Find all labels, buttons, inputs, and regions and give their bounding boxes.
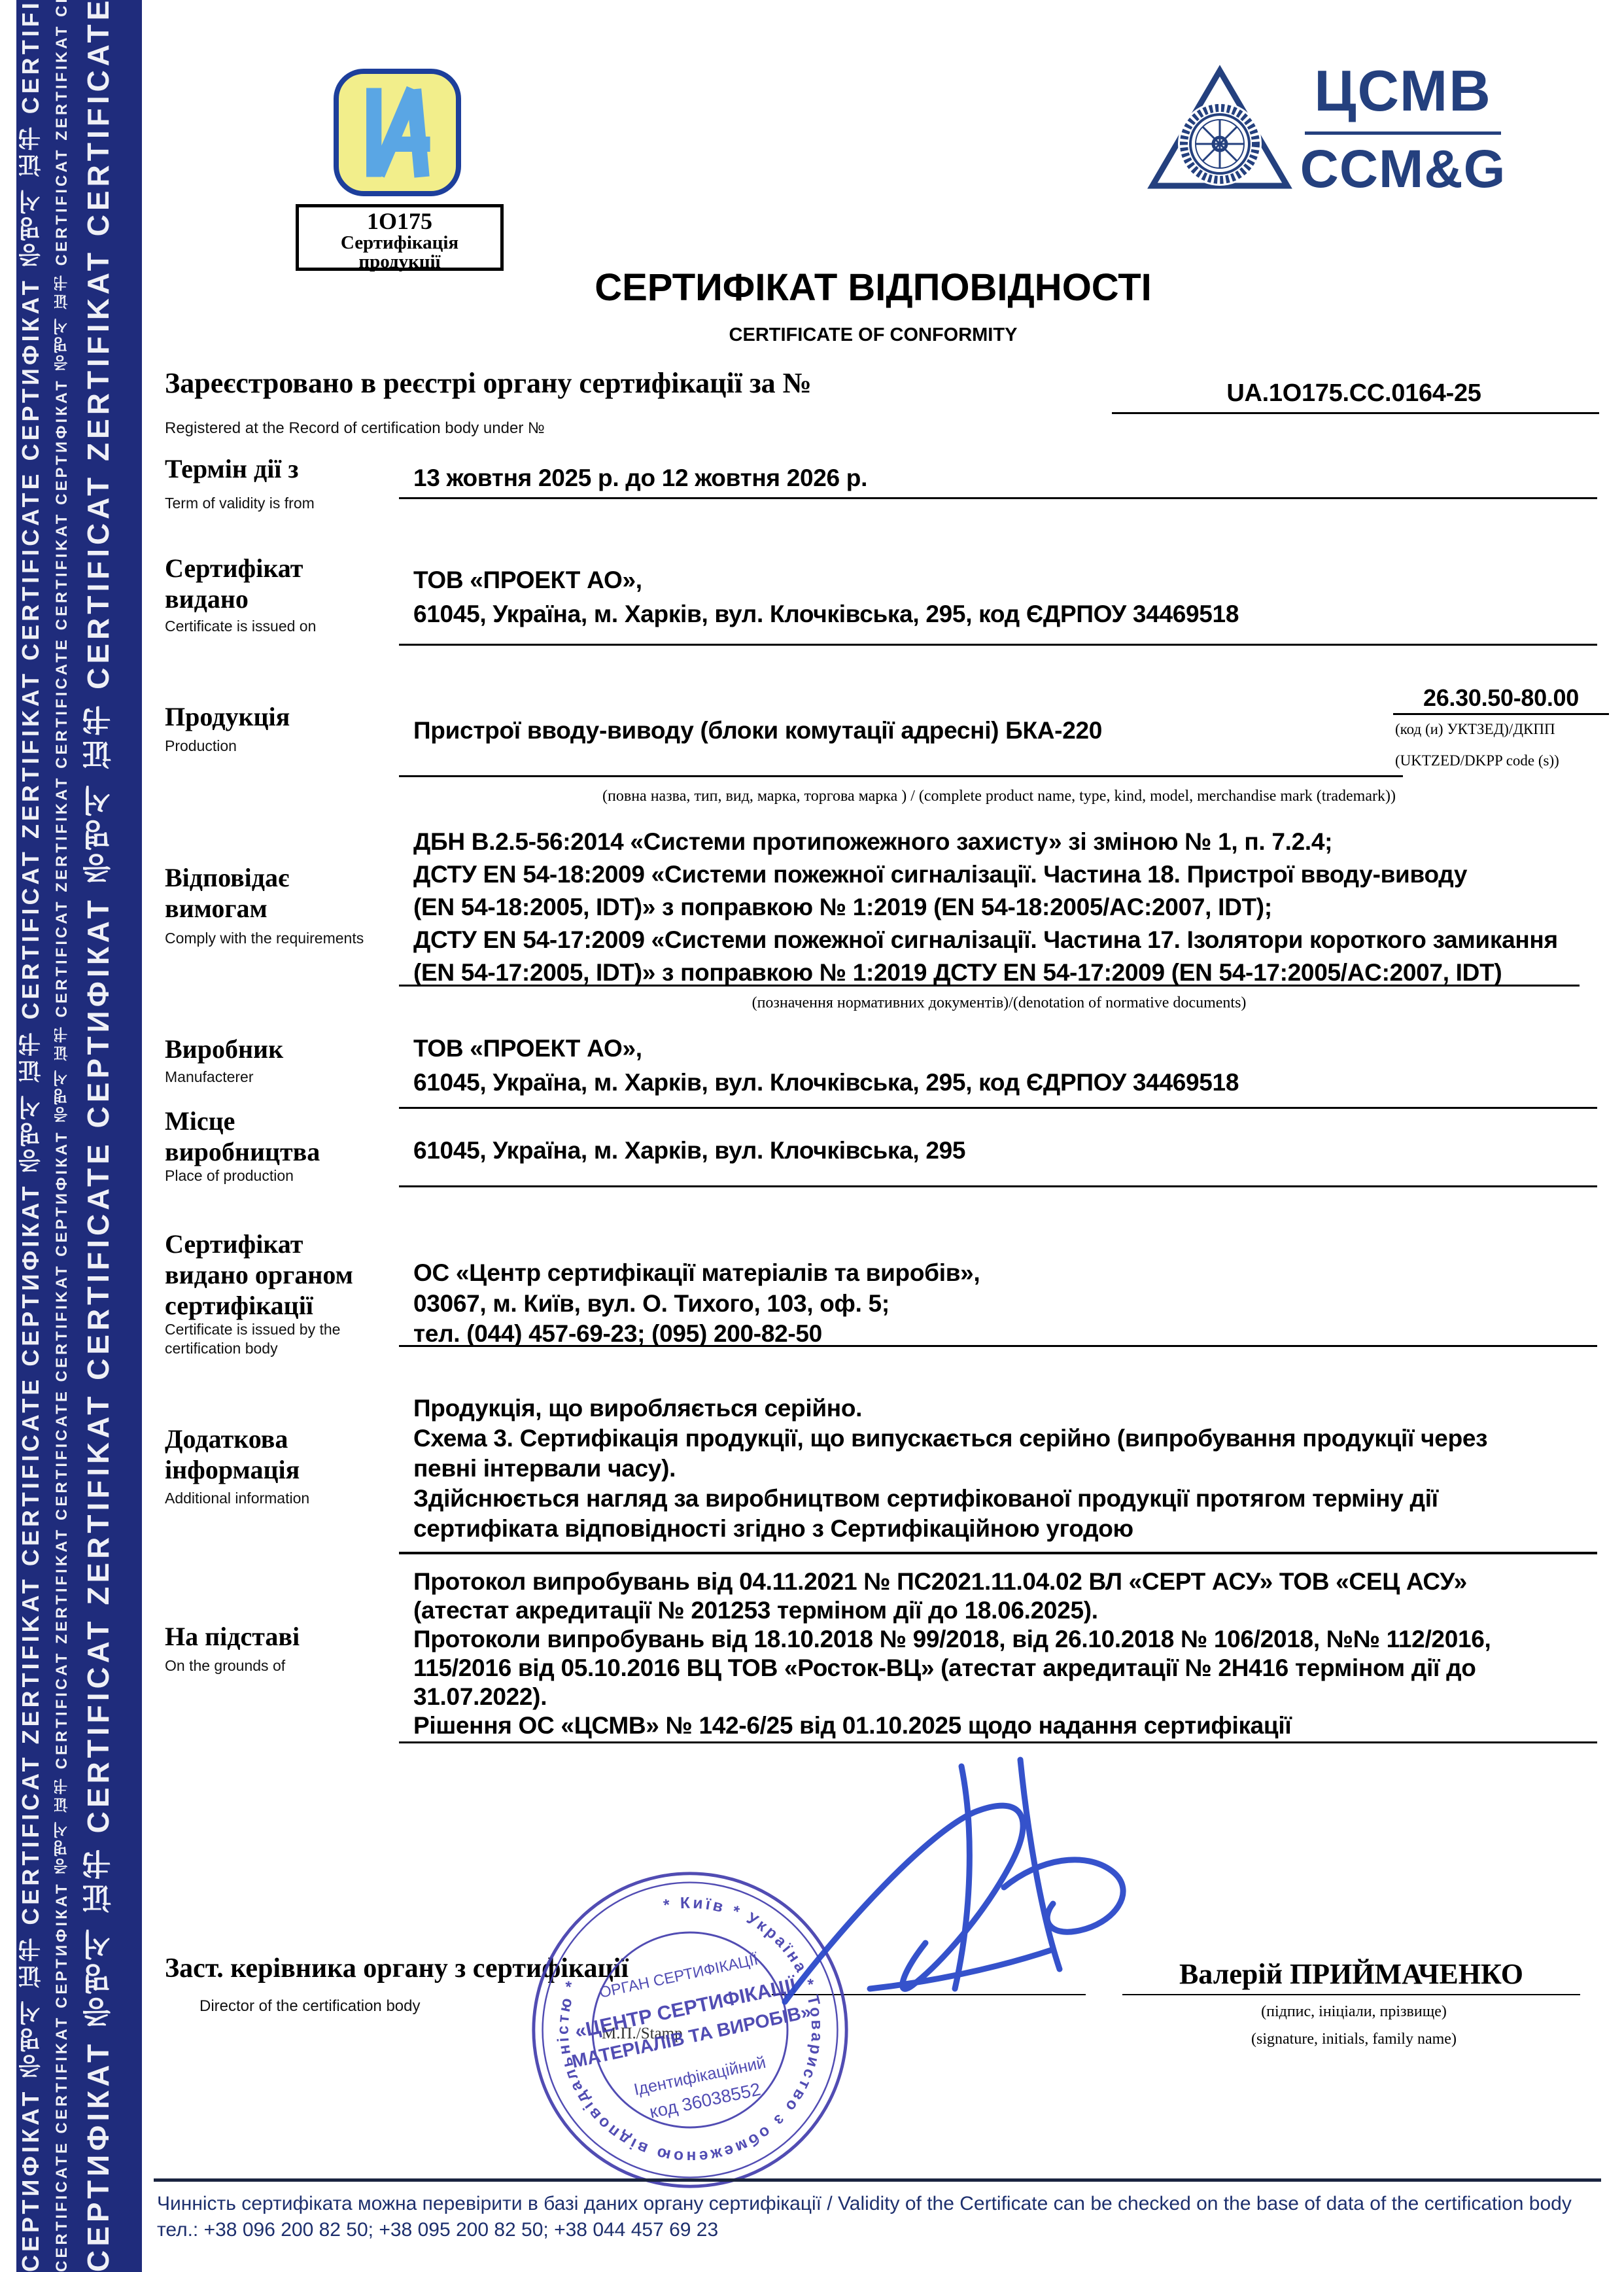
band-column-middle: CERTIFICATE CERTIFIKAT СЕРТИФІКАТ 증명서 证书… [54,0,78,2272]
additional-label-en: Additional information [165,1489,387,1508]
registration-rule [1112,412,1599,414]
manufacturer-rule [399,1107,1597,1109]
additional-line: сертифіката відповідності згідно з Серти… [413,1514,1597,1544]
requirements-rule [399,985,1580,987]
issued-on-label-uk: Сертифікат видано [165,553,361,614]
side-language-band: СЕРТИФІКАТ 증명서 证书 CERTIFICAT ZERTIFIKAT … [16,0,142,2272]
registration-label-uk: Зареєстровано в реєстрі органу сертифіка… [165,366,884,400]
ua-mark-code-box: 1O175 Сертифікація продукції [296,204,504,271]
certificate-page: СЕРТИФІКАТ 증명서 证书 CERTIFICAT ZERTIFIKAT … [0,0,1624,2272]
validity-rule [399,497,1597,499]
requirements-line: ДБН В.2.5-56:2014 «Системи протипожежног… [413,826,1597,858]
additional-label-uk: Додаткова інформація [165,1424,361,1485]
place-value: 61045, Україна, м. Харків, вул. Клочківс… [413,1137,965,1164]
registration-number: UA.1O175.CC.0164-25 [1112,379,1596,408]
csmb-logo-text-en: CCM&G [1295,139,1511,200]
footer-validity-text: Чинність сертифіката можна перевірити в … [157,2193,1615,2215]
cert-body-line: 03067, м. Київ, вул. О. Тихого, 103, оф.… [413,1290,890,1318]
csmb-logo-text-uk: ЦСМВ [1302,58,1504,124]
manufacturer-label-uk: Виробник [165,1034,387,1064]
grounds-line: Протокол випробувань від 04.11.2021 № ПС… [413,1567,1597,1596]
band-column-left: СЕРТИФІКАТ 증명서 证书 CERTIFICAT ZERTIFIKAT … [19,0,49,2272]
csmb-triangle-gear-icon [1145,64,1295,192]
requirements-line: ДСТУ EN 54-18:2009 «Системи пожежної сиг… [413,858,1597,891]
place-label-en: Place of production [165,1166,387,1185]
requirements-label-uk: Відповідає вимогам [165,862,348,924]
production-footnote: (повна назва, тип, вид, марка, торгова м… [399,788,1599,805]
additional-line: Схема 3. Сертифікація продукції, що випу… [413,1424,1597,1454]
production-label-uk: Продукція [165,701,387,732]
additional-line: Продукція, що виробляється серійно. [413,1393,1597,1424]
grounds-label-en: On the grounds of [165,1656,387,1675]
validity-label-uk: Термін дії з [165,453,387,484]
manufacturer-line: ТОВ «ПРОЕКТ АО», [413,1035,642,1062]
issued-on-line: 61045, Україна, м. Харків, вул. Клочківс… [413,601,1239,628]
production-code: 26.30.50-80.00 [1393,684,1609,712]
cert-body-line: ОС «Центр сертифікації матеріалів та вир… [413,1259,980,1287]
cert-body-line: тел. (044) 457-69-23; (095) 200-82-50 [413,1320,822,1348]
additional-rule [399,1552,1597,1554]
page-subtitle: CERTIFICATE OF CONFORMITY [415,324,1331,346]
production-code-rule [1393,713,1609,715]
signature-caption-en: (signature, initials, family name) [1171,2031,1537,2048]
footer-phones: тел.: +38 096 200 82 50; +38 095 200 82 … [157,2219,1615,2241]
production-code-note-uk: (код (и) УКТЗЕД)/ДКПП [1395,721,1555,738]
additional-line: Здійснюється нагляд за виробництвом серт… [413,1484,1597,1514]
name-rule [1122,1994,1580,1995]
requirements-label-en: Comply with the requirements [165,929,394,948]
registration-label-en: Registered at the Record of certificatio… [165,419,545,438]
manufacturer-line: 61045, Україна, м. Харків, вул. Клочківс… [413,1069,1239,1096]
handwritten-signature [746,1753,1164,2041]
ua-mark-caption-1: Сертифікація [299,234,500,253]
ua-certification-mark [334,69,461,196]
manufacturer-label-en: Manufacterer [165,1068,387,1087]
requirements-line: ДСТУ EN 54-17:2009 «Системи пожежної сиг… [413,924,1597,956]
grounds-line: 31.07.2022). [413,1683,1597,1711]
signer-name: Валерій ПРИЙМАЧЕНКО [1122,1957,1580,1991]
production-value: Пристрої вводу-виводу (блоки комутації а… [413,717,1102,744]
signer-role-en: Director of the certification body [199,1997,421,2016]
issued-on-label-en: Certificate is issued on [165,617,387,636]
ua-mark-code: 1O175 [299,209,500,234]
requirements-line: (EN 54-18:2005, IDT)» з поправкою № 1:20… [413,891,1597,924]
cert-body-label-uk: Сертифікат видано органом сертифікації [165,1229,368,1321]
validity-label-en: Term of validity is from [165,494,387,513]
grounds-line: (атестат акредитації № 201253 терміном д… [413,1596,1597,1625]
grounds-line: 115/2016 від 05.10.2016 ВЦ ТОВ «Росток-В… [413,1654,1597,1683]
production-label-en: Production [165,737,387,756]
ua-monogram-icon [339,74,456,191]
grounds-rule [399,1741,1597,1743]
issued-on-line: ТОВ «ПРОЕКТ АО», [413,567,642,594]
grounds-line: Протоколи випробувань від 18.10.2018 № 9… [413,1625,1597,1654]
page-title: СЕРТИФІКАТ ВІДПОВІДНОСТІ [415,266,1331,309]
grounds-line: Рішення ОС «ЦСМВ» № 142-6/25 від 01.10.2… [413,1711,1597,1740]
footer-rule [154,2178,1601,2182]
additional-line: певні інтервали часу). [413,1454,1597,1484]
issued-on-rule [399,644,1597,646]
signature-caption-uk: (підпис, ініціали, прізвище) [1171,2003,1537,2021]
cert-body-rule [399,1345,1597,1347]
production-code-note-en: (UKTZED/DKPP code (s)) [1395,752,1559,769]
csmb-logo-divider [1305,131,1501,135]
production-rule [399,775,1403,777]
band-column-right: СЕРТИФІКАТ 증명서 证书 CERTIFICAT ZERTIFIKAT … [83,0,131,2272]
requirements-footnote: (позначення нормативних документів)/(den… [399,994,1599,1012]
cert-body-label-en: Certificate is issued by the certificati… [165,1320,361,1358]
place-rule [399,1185,1597,1187]
validity-value: 13 жовтня 2025 р. до 12 жовтня 2026 р. [413,464,867,492]
grounds-label-uk: На підставі [165,1621,361,1652]
place-label-uk: Місце виробництва [165,1106,361,1167]
